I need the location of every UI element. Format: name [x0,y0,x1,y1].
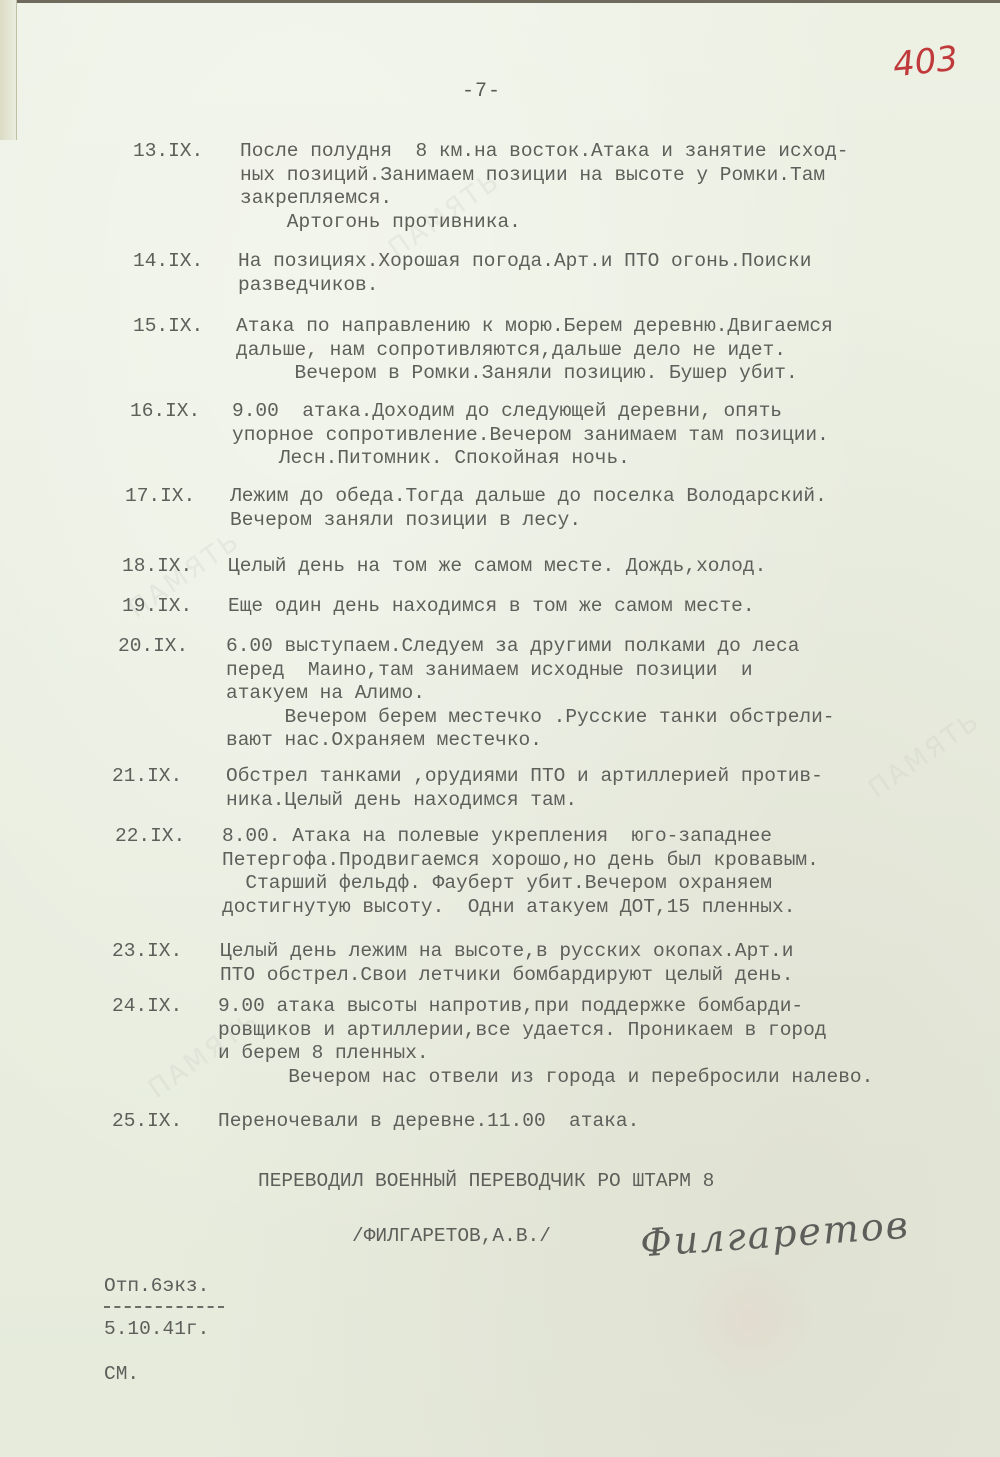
entry-text-line: Целый день лежим на высоте,в русских око… [220,940,793,963]
paper-fold-edge [0,0,17,140]
watermark: ПАМЯТЬ [863,706,986,805]
entry-text-line: 9.00 атака.Доходим до следующей деревни,… [232,400,782,423]
scan-top-edge [0,0,1000,3]
entry-text-line: упорное сопротивление.Вечером занимаем т… [232,424,829,447]
translator-line: ПЕРЕВОДИЛ ВОЕННЫЙ ПЕРЕВОДЧИК РО ШТАРМ 8 [258,1170,714,1192]
entry-date: 16.IX. [130,400,200,423]
entry-text-line: Обстрел танками ,орудиями ПТО и артиллер… [226,765,823,788]
entry-text-line: закрепляемся. [240,187,392,210]
entry-text-line: Петергофа.Продвигаемся хорошо,но день бы… [222,849,819,872]
entry-text-line: Еще один день находимся в том же самом м… [228,595,755,618]
entry-text-line: Лежим до обеда.Тогда дальше до поселка В… [230,485,827,508]
entry-text-line: После полудня 8 км.на восток.Атака и зан… [240,140,849,163]
entry-text-line: 6.00 выступаем.Следуем за другими полкам… [226,635,799,658]
entry-text-line: Вечером заняли позиции в лесу. [230,509,581,532]
copies-note: Отп.6экз. [104,1275,209,1297]
document-page: ПАМЯТЬ ПАМЯТЬ ПАМЯТЬ ПАМЯТЬ -7- 403 13.I… [0,0,1000,1457]
entry-date: 24.IX. [112,995,182,1018]
entry-text-line: и берем 8 пленных. [218,1042,429,1065]
entry-date: 25.IX. [112,1110,182,1133]
entry-text-line: ника.Целый день находимся там. [226,789,577,812]
archive-page-number: 403 [891,39,960,86]
faint-stamp [680,1260,820,1380]
entry-text-line: Старший фельдф. Фауберт убит.Вечером охр… [222,872,772,895]
entry-date: 21.IX. [112,765,182,788]
entry-text-line: дальше, нам сопротивляются,дальше дело н… [236,339,786,362]
entry-text-line: Переночевали в деревне.11.00 атака. [218,1110,639,1133]
entry-text-line: На позициях.Хорошая погода.Арт.и ПТО ого… [238,250,811,273]
entry-text-line: Вечером берем местечко .Русские танки об… [226,706,835,729]
entry-text-line: 8.00. Атака на полевые укрепления юго-за… [222,825,772,848]
dashed-divider [104,1306,224,1308]
entry-date: 23.IX. [112,940,182,963]
entry-date: 22.IX. [115,825,185,848]
entry-text-line: Целый день на том же самом месте. Дождь,… [228,555,766,578]
entry-text-line: Вечером в Ромки.Заняли позицию. Бушер уб… [236,362,798,385]
entry-text-line: атакуем на Алимо. [226,682,425,705]
handwritten-signature: Филгаретов [639,1203,911,1266]
entry-text-line: разведчиков. [238,274,378,297]
entry-date: 20.IX. [118,635,188,658]
entry-text-line: ровщиков и артиллерии,все удается. Прони… [218,1019,827,1042]
entry-text-line: 9.00 атака высоты напротив,при поддержке… [218,995,803,1018]
footer-date: 5.10.41г. [104,1318,209,1340]
entry-text-line: Атака по направлению к морю.Берем деревн… [236,315,833,338]
entry-text-line: Вечером нас отвели из города и переброси… [218,1066,873,1089]
entry-text-line: Артогонь противника. [240,211,521,234]
entry-date: 15.IX. [133,315,203,338]
entry-text-line: ных позиций.Занимаем позиции на высоте у… [240,164,825,187]
entry-date: 13.IX. [133,140,203,163]
page-number: -7- [462,80,501,103]
entry-date: 17.IX. [125,485,195,508]
entry-date: 14.IX. [133,250,203,273]
entry-text-line: перед Маино,там занимаем исходные позици… [226,659,753,682]
translator-name: /ФИЛГАРЕТОВ,А.В./ [352,1225,551,1247]
entry-text-line: вают нас.Охраняем местечко. [226,729,542,752]
entry-text-line: ПТО обстрел.Свои летчики бомбардируют це… [220,964,793,987]
entry-text-line: достигнутую высоту. Одни атакуем ДОТ,15 … [222,896,795,919]
entry-date: 19.IX. [122,595,192,618]
typist-initials: СМ. [104,1363,139,1385]
entry-text-line: Лесн.Питомник. Спокойная ночь. [232,447,630,470]
entry-date: 18.IX. [122,555,192,578]
